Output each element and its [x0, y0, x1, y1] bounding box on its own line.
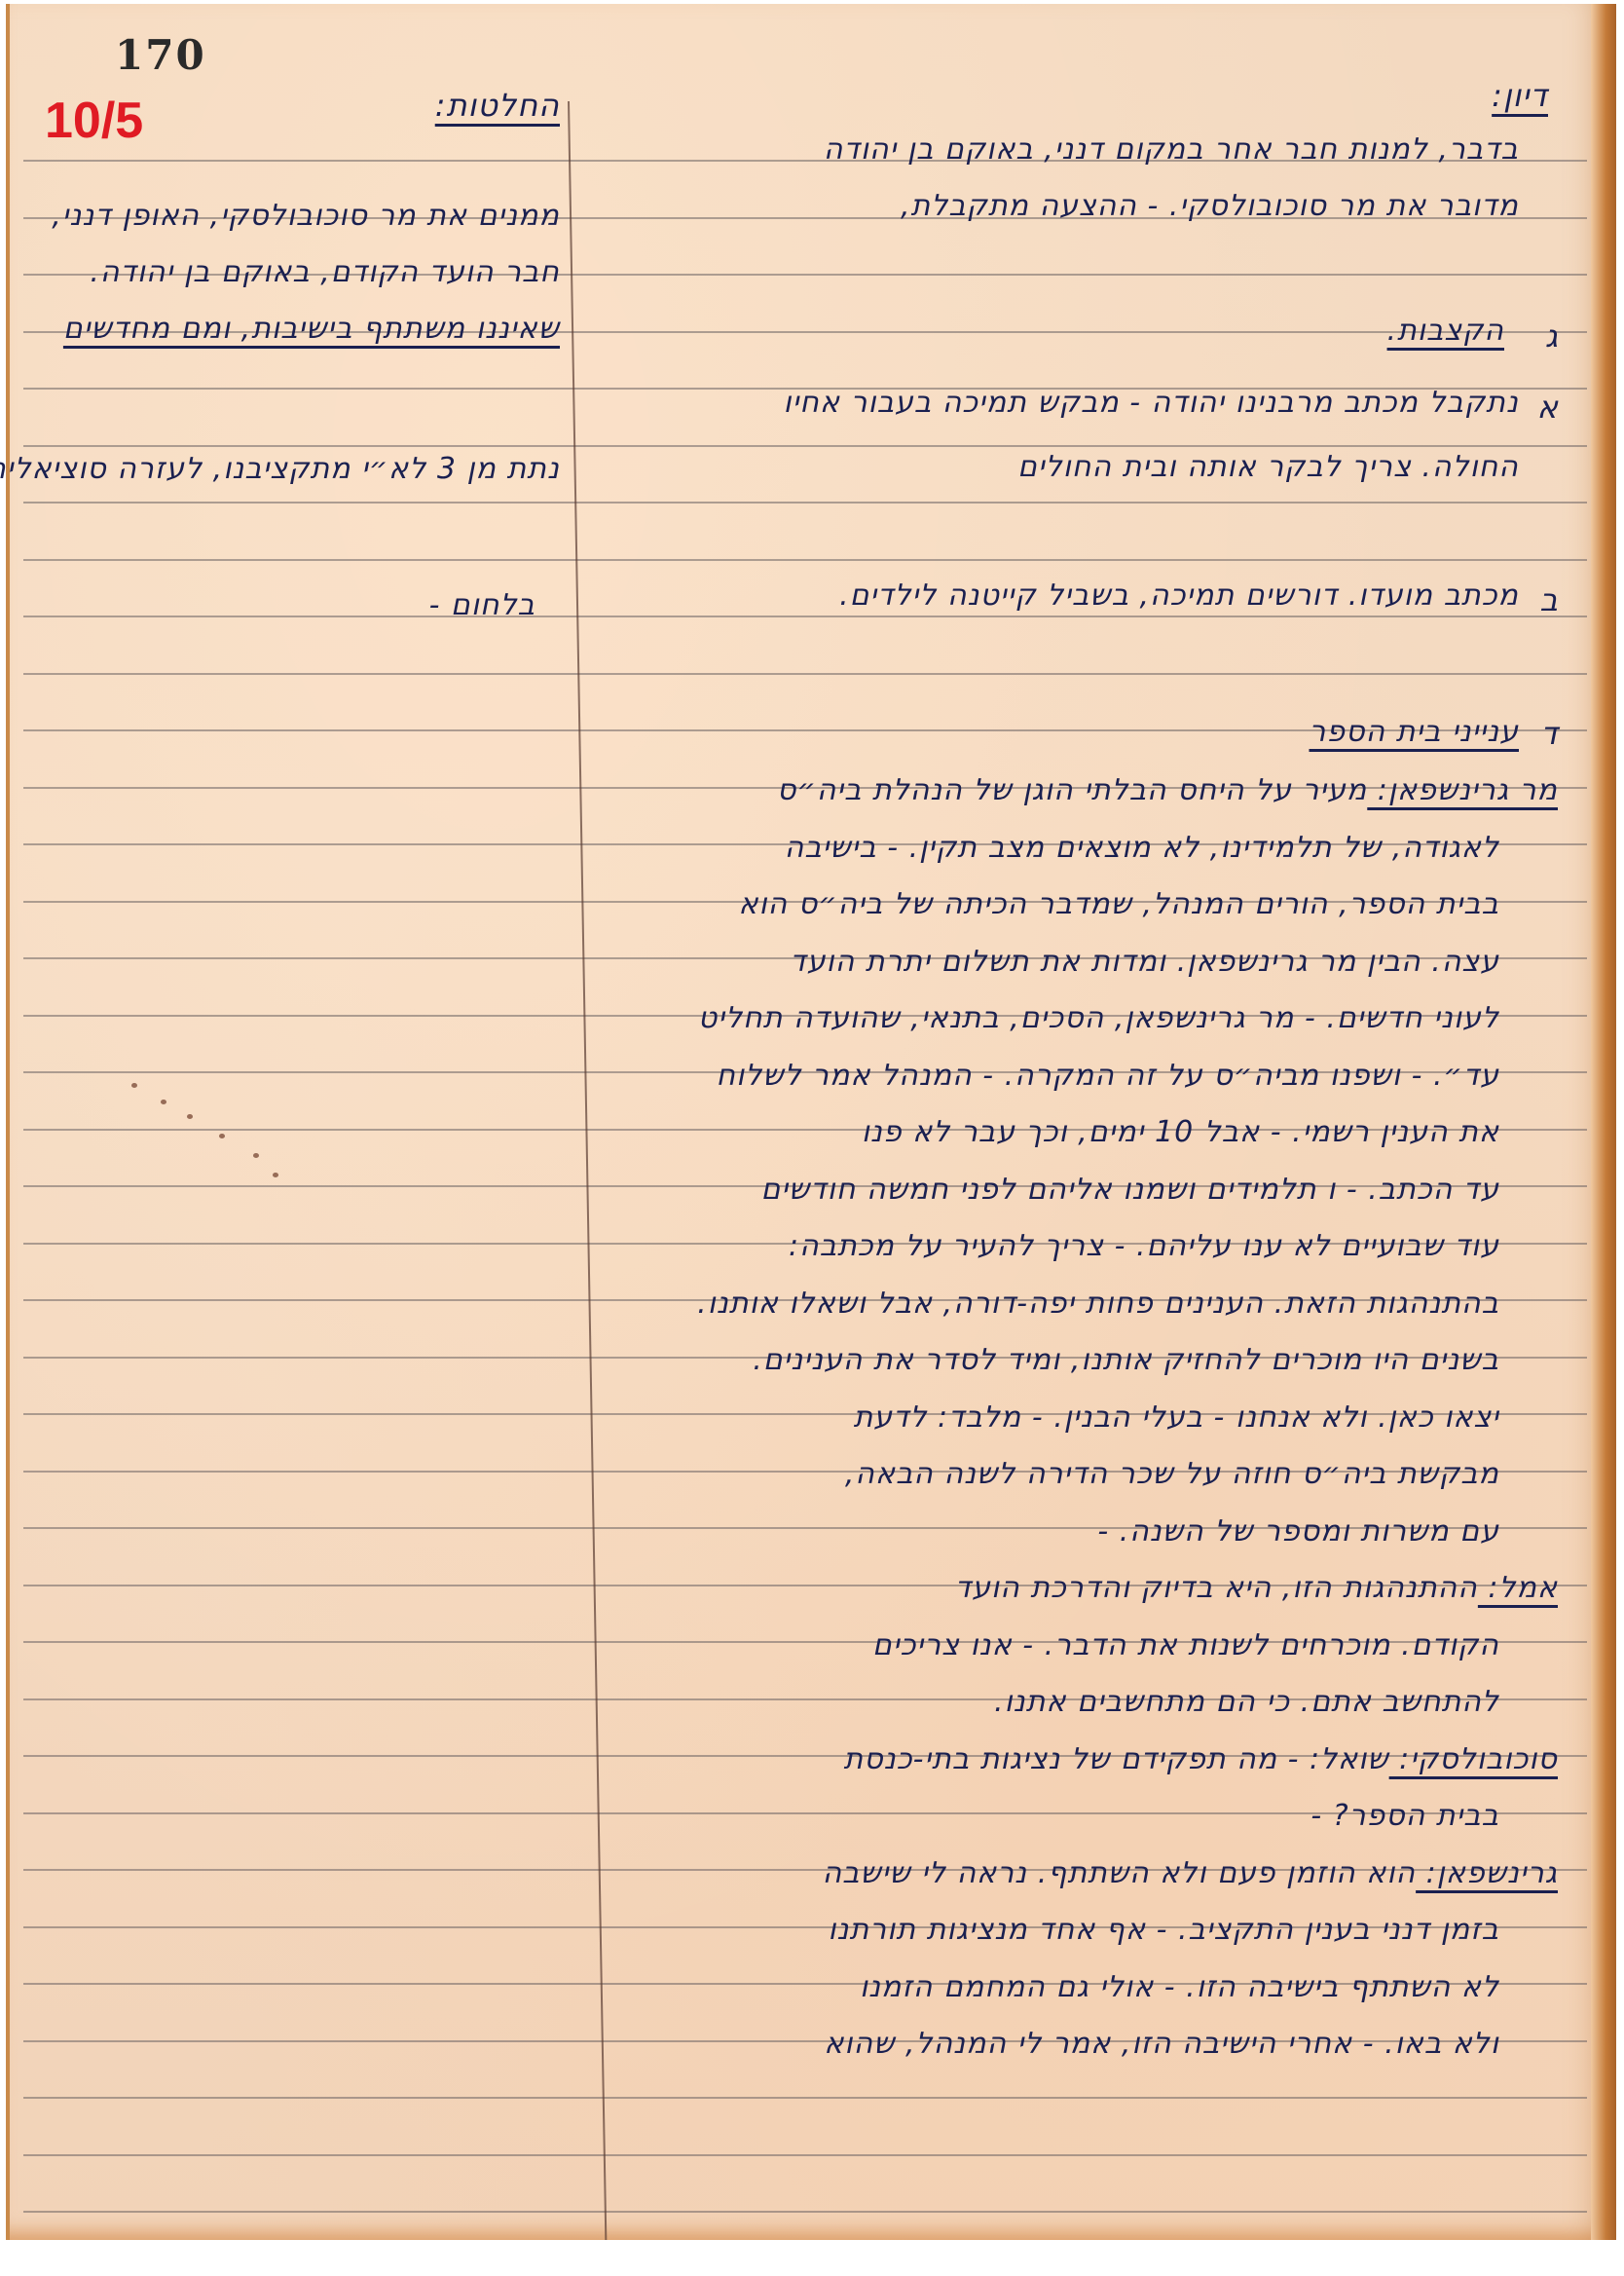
section-marker: ג [1545, 317, 1558, 354]
speaker-line: הקודם. מוכרחים לשנות את הדבר. - אנו צריכ… [872, 1628, 1499, 1662]
ruled-line [23, 616, 1587, 617]
speaker-name: גרינשפאן: [1416, 1856, 1558, 1890]
ruled-line [23, 2097, 1587, 2099]
decision-line: בלחום - [429, 588, 535, 622]
speaker-line: עוד שבועיים לא ענו עליהם. - צריך להעיר ע… [789, 1229, 1499, 1263]
speaker-line: בשנים היו מוכרים להחזיק אותנו, ומיד לסדר… [753, 1343, 1499, 1377]
page-number-stamp: 170 [115, 31, 206, 79]
document-page: 170 10/5 החלטות: ממנים את מר סוכובולסקי,… [6, 4, 1616, 2240]
item-marker: ב [1540, 581, 1559, 618]
speaker-line: לאגודה, של תלמידינו, לא מוצאים מצב תקין.… [785, 831, 1499, 865]
speaker-line: בהתנהגות הזאת. הענינים פחות יפה-דורה, אב… [697, 1287, 1499, 1321]
speaker-line: עם משרות ומספר של השנה. - [1097, 1514, 1499, 1548]
speaker-text: ההתנהגות הזו, היא בדיוק והדרכת הועד [955, 1571, 1478, 1605]
speaker-line: בבית הספר? - [1310, 1799, 1499, 1833]
section-marker: ד [1541, 715, 1558, 752]
ruled-line [23, 673, 1587, 675]
speaker-line: מר גרינשפאן: מעיר על היחס הבלתי הוגן של … [777, 773, 1558, 807]
decisions-heading: החלטות: [435, 87, 560, 124]
speaker-line: להתחשב אתם. כי הם מתחשבים אתנו. [994, 1685, 1499, 1719]
speaker-line: עד״. - ושפנו מביה״ס על זה המקרה. - המנהל… [717, 1059, 1500, 1093]
page-right-edge [1591, 4, 1616, 2240]
decision-line: ממנים את מר סוכובולסקי, האופן דנני, [52, 199, 560, 233]
speaker-name: סוכובולסקי: [1389, 1742, 1558, 1776]
ruled-line [23, 2154, 1587, 2156]
speaker-line: עצה. הבין מר גרינשפאן. ומדות את תשלום ית… [790, 945, 1499, 979]
ruled-line [23, 502, 1587, 504]
item-line: מכתב מועדו. דורשים תמיכה, בשביל קייטנה ל… [839, 578, 1519, 613]
speaker-line: מבקשת ביה״ס חוזה על שכר הדירה לשנה הבאה, [845, 1457, 1499, 1491]
discussion-line: מדובר את מר סוכובולסקי. - ההצעה מתקבלת, [901, 189, 1519, 223]
speaker-line: גרינשפאן: הוא הוזמן פעם ולא השתתף. נראה … [823, 1856, 1558, 1890]
speaker-line: ולא באו. - אחרי הישיבה הזו, אמר לי המנהל… [824, 2027, 1499, 2061]
speaker-text: הוא הוזמן פעם ולא השתתף. נראה לי שישבה [823, 1856, 1417, 1890]
speaker-name: מר גרינשפאן: [1367, 773, 1558, 807]
speaker-text: מעיר על היחס הבלתי הוגן של הנהלת ביה״ס [777, 773, 1367, 807]
speaker-line: עד הכתב. - ו תלמידים ושמנו אליהם לפני חמ… [760, 1173, 1499, 1207]
ruled-line [23, 445, 1587, 447]
ruled-line [23, 559, 1587, 561]
speaker-line: סוכובולסקי: שואל: - מה תפקידם של נציגות … [844, 1742, 1558, 1776]
speaker-line: אמל: ההתנהגות הזו, היא בדיוק והדרכת הועד [955, 1571, 1558, 1605]
speaker-line: את הענין רשמי. - אבל 10 ימים, וכך עבר לא… [862, 1115, 1499, 1149]
date-annotation: 10/5 [45, 92, 143, 150]
speaker-line: לעוני חדשים. - מר גרינשפאן, הסכים, בתנאי… [698, 1001, 1499, 1035]
item-line: החולה. צריך לבקר אותה ובית החולים [1017, 450, 1519, 484]
speaker-name: אמל: [1478, 1571, 1558, 1605]
item-line: נתקבל מכתב מרבנינו יהודה - מבקש תמיכה בע… [784, 386, 1519, 420]
speaker-line: בבית הספר, הורים המנהל, שמדבר הכיתה של ב… [738, 887, 1499, 921]
section-title: הקצבות. [1387, 314, 1504, 348]
decision-line: נתת מן 3 לא״י מתקציבנו, לעזרה סוציאלית [0, 452, 560, 486]
discussion-heading: דיון: [1492, 77, 1548, 114]
decision-line: שאיננו משתתף בישיבות, ומם מחדשים [63, 312, 560, 346]
discussion-line: בדבר, למנות חבר אחר במקום דנני, באוקם בן… [824, 132, 1519, 167]
section-title: ענייני בית הספר [1309, 715, 1519, 749]
decision-line: חבר הועד הקודם, באוקם בן יהודה. [90, 255, 560, 289]
speaker-line: יצאו כאן. ולא אנחנו - בעלי הבנין. - מלבד… [854, 1400, 1499, 1435]
speaker-line: לא השתתף בישיבה הזו. - אולי גם המחמם הזמ… [860, 1970, 1499, 2004]
speaker-line: בזמן דנני בענין התקציב. - אף אחד מנציגות… [828, 1913, 1499, 1947]
ruled-line [23, 2211, 1587, 2213]
speaker-text: שואל: - מה תפקידם של נציגות בתי-כנסת [844, 1742, 1389, 1776]
item-marker: א [1537, 389, 1558, 426]
column-divider [568, 101, 607, 2240]
